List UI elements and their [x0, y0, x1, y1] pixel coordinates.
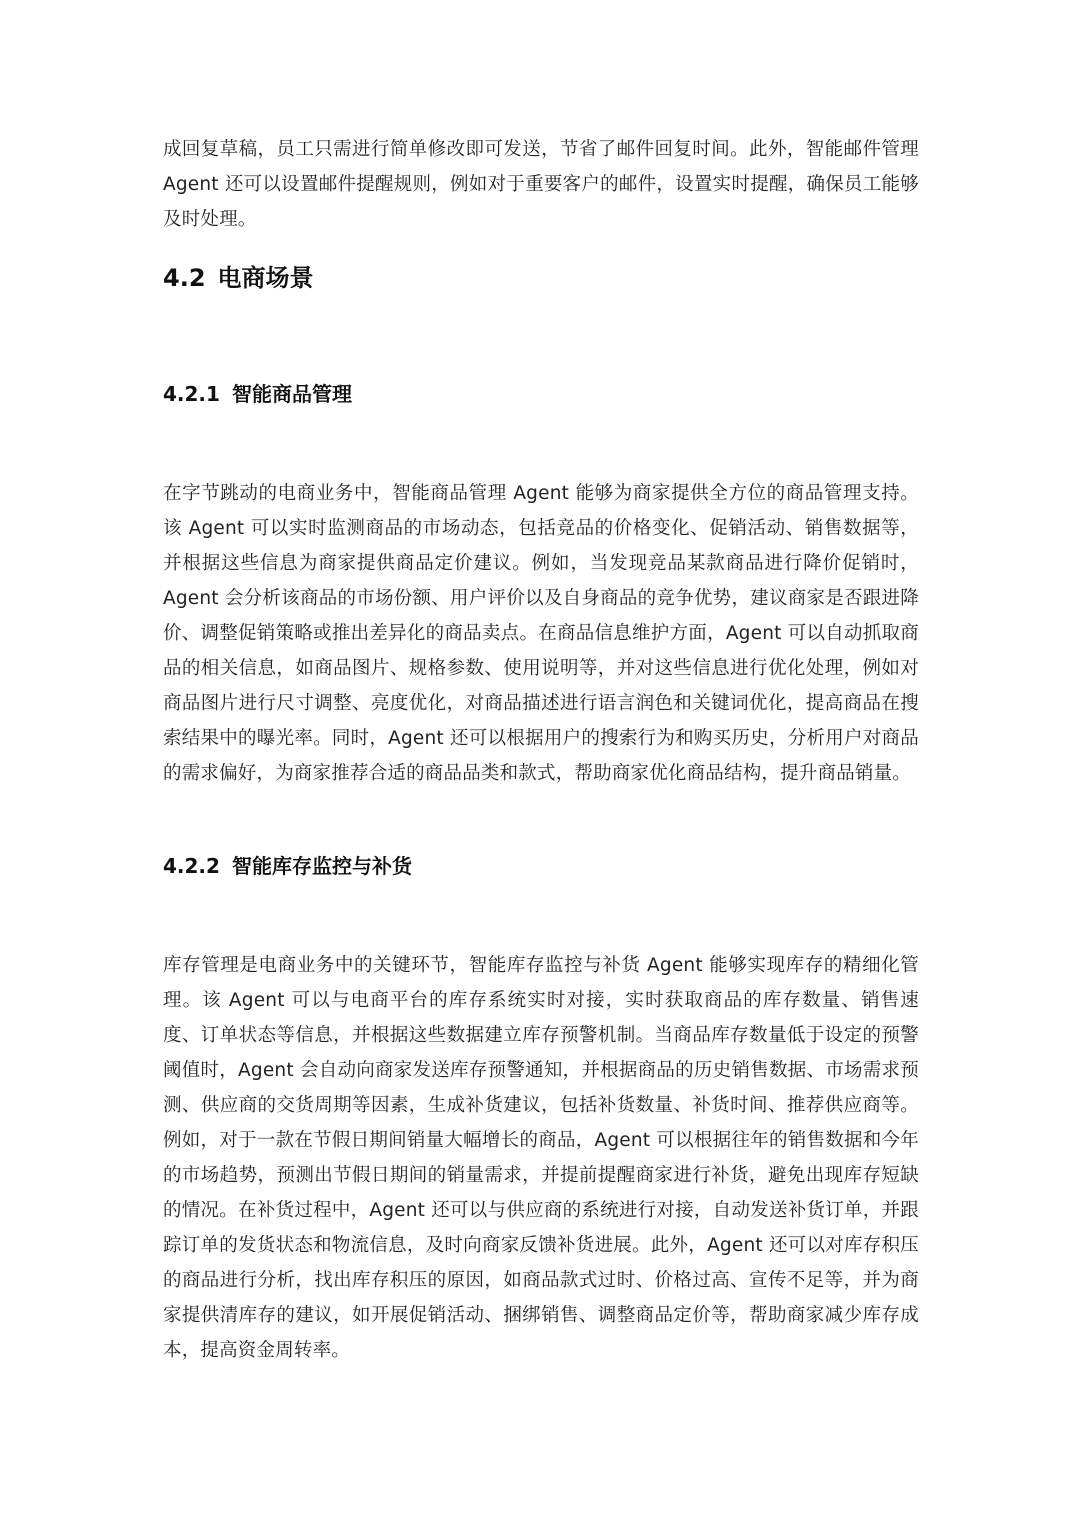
subsection-paragraph-1: 在字节跳动的电商业务中，智能商品管理 Agent 能够为商家提供全方位的商品管理…: [163, 476, 919, 791]
subsection-heading-2: 4.2.2智能库存监控与补货: [163, 852, 412, 880]
subsection-number: 4.2.1: [163, 382, 220, 406]
section-title: 电商场景: [218, 264, 314, 292]
subsection-title: 智能库存监控与补货: [232, 854, 412, 878]
subsection-title: 智能商品管理: [232, 382, 352, 406]
section-number: 4.2: [163, 264, 206, 292]
section-heading: 4.2电商场景: [163, 262, 314, 294]
subsection-number: 4.2.2: [163, 854, 220, 878]
subsection-paragraph-2: 库存管理是电商业务中的关键环节，智能库存监控与补货 Agent 能够实现库存的精…: [163, 948, 919, 1368]
subsection-heading-1: 4.2.1智能商品管理: [163, 380, 352, 408]
intro-paragraph: 成回复草稿，员工只需进行简单修改即可发送，节省了邮件回复时间。此外，智能邮件管理…: [163, 132, 919, 237]
